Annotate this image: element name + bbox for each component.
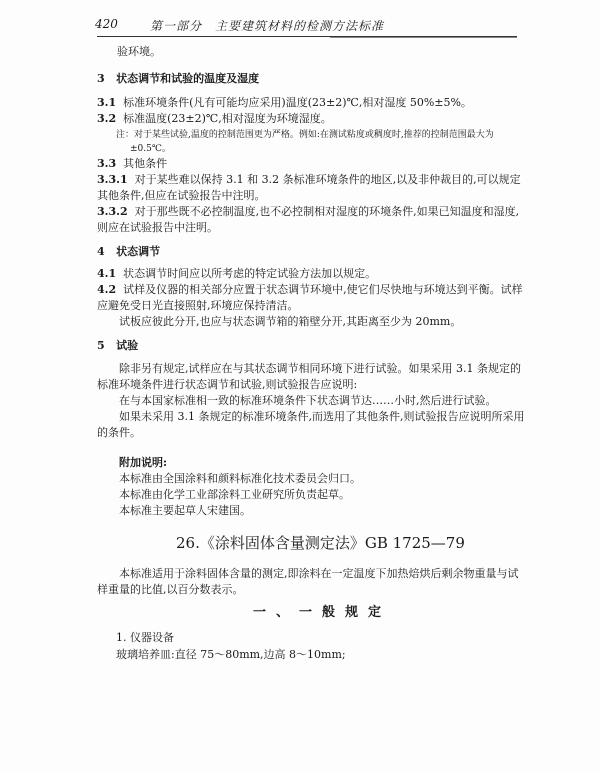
chapter-heading: 一、一般规定 [253,606,391,620]
clause-number: 3.2 [97,112,116,126]
section-title: 试验 [116,339,138,352]
section-title: 状态调节和试验的温度及湿度 [116,72,259,85]
clause-3-1: 3.1 标准环境条件(凡有可能均应采用)温度(23±2)℃,相对湿度 50%±5… [97,96,472,110]
clause-text: 标准环境条件(凡有可能均应采用)温度(23±2)℃,相对湿度 50%±5%。 [123,96,472,109]
clause-text: 其他条件 [123,157,167,170]
clause-3-3-1-cont: 其他条件,但应在试验报告中注明。 [97,189,266,203]
standard-title: 26.《涂料固体含量测定法》GB 1725—79 [176,536,465,550]
item-1-heading: 1. 仪器设备 [116,631,174,645]
clause-number: 3.1 [97,96,116,110]
running-title: 第一部分 主要建筑材料的检测方法标准 [150,17,384,34]
section-title: 状态调节 [116,245,160,258]
clause-text: 对于那些既不必控制温度,也不必控制相对湿度的环境条件,如果已知温度和湿度, [135,205,520,218]
appendix-item: 本标准由化学工业部涂料工业研究所负责起草。 [119,488,350,502]
header-rule-shadow [330,37,517,38]
standard-intro-line-1: 本标准适用于涂料固体含量的测定,即涂料在一定温度下加热焙烘后剩余物重量与试 [119,567,519,581]
page-number: 420 [95,17,135,31]
clause-3-3-2-cont: 则应在试验报告中注明。 [97,221,218,235]
standard-intro-line-2: 样重量的比值,以百分数表示。 [97,583,244,597]
section-4-heading: 4 状态调节 [97,245,160,259]
clause-3-3-2: 3.3.2 对于那些既不必控制温度,也不必控制相对湿度的环境条件,如果已知温度和… [97,205,519,219]
item-1-text: 玻璃培养皿:直径 75～80mm,边高 8～10mm; [116,648,346,662]
section-5-line-1: 除非另有规定,试样应在与其状态调节相同环境下进行试验。如果采用 3.1 条规定的 [119,362,521,376]
clause-4-2-cont: 应避免受日光直接照射,环境应保持清洁。 [97,299,299,313]
clause-4-1: 4.1 状态调节时间应以所考虑的特定试验方法加以规定。 [97,267,376,281]
clause-4-2-para: 试板应彼此分开,也应与状态调节箱的箱壁分开,其距离至少为 20mm。 [119,315,461,329]
section-5-heading: 5 试验 [97,339,138,353]
appendix-title: 附加说明: [119,456,167,470]
clause-3-3-1: 3.3.1 对于某些难以保持 3.1 和 3.2 条标准环境条件的地区,以及非仲… [97,173,521,187]
note-line-2: ±0.5℃。 [130,142,171,156]
section-number: 3 [97,72,105,85]
section-5-line-2: 标准环境条件进行状态调节和试验,则试验报告应说明: [97,378,357,392]
clause-number: 3.3 [97,157,116,171]
clause-number: 4.2 [97,283,116,297]
section-number: 5 [97,339,105,352]
clause-text: 对于某些难以保持 3.1 和 3.2 条标准环境条件的地区,以及非仲裁目的,可以… [135,173,521,186]
section-5-line-3: 在与本国家标准相一致的标准环境条件下状态调节达……小时,然后进行试验。 [119,394,497,408]
section-5-line-5: 的条件。 [97,426,141,440]
clause-text: 状态调节时间应以所考虑的特定试验方法加以规定。 [123,267,376,280]
section-number: 4 [97,245,105,258]
section-5-line-4: 如果未采用 3.1 条规定的标准环境条件,而选用了其他条件,则试验报告应说明所采… [119,410,524,424]
clause-number: 3.3.2 [97,205,128,219]
clause-3-3: 3.3 其他条件 [97,157,167,171]
clause-4-2: 4.2 试样及仪器的相关部分应置于状态调节环境中,使它们尽快地与环境达到平衡。试… [97,283,523,297]
clause-number: 4.1 [97,267,116,281]
clause-text: 试样及仪器的相关部分应置于状态调节环境中,使它们尽快地与环境达到平衡。试样 [123,283,523,296]
section-3-heading: 3 状态调节和试验的温度及湿度 [97,72,259,86]
continuation-line: 验环境。 [117,45,161,59]
note-line-1: 注：对于某些试验,温度的控制范围更为严格。例如:在测试粘度或稠度时,推荐的控制范… [116,128,494,142]
document-page: 420 第一部分 主要建筑材料的检测方法标准 验环境。 3 状态调节和试验的温度… [0,0,600,771]
clause-3-2: 3.2 标准温度(23±2)℃,相对湿度为环境湿度。 [97,112,332,126]
clause-number: 3.3.1 [97,173,128,187]
clause-text: 标准温度(23±2)℃,相对湿度为环境湿度。 [123,112,332,125]
appendix-item: 本标准主要起草人宋建国。 [119,504,251,518]
appendix-item: 本标准由全国涂料和颜料标准化技术委员会归口。 [119,472,361,486]
